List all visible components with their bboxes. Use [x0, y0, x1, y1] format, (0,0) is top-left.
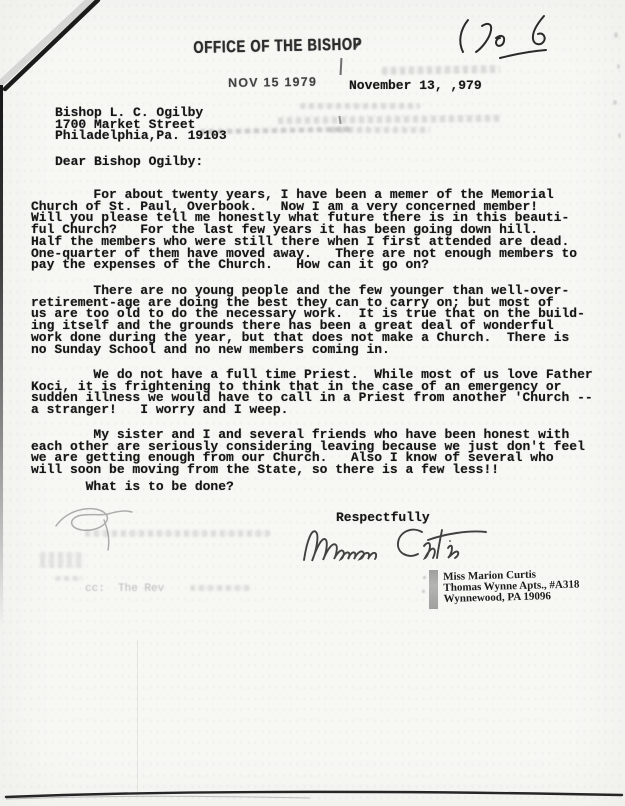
body-paragraph-3: We do not have a full time Priest. While…	[31, 369, 593, 416]
return-address-label: Miss Marion Curtis Thomas Wynne Apts., #…	[443, 568, 580, 605]
scan-speck	[614, 32, 618, 38]
fold-crease	[137, 640, 138, 796]
pencil-scribble	[48, 498, 138, 558]
address-label-bar	[429, 570, 438, 609]
bleed-through-smudge	[382, 65, 500, 75]
salutation: Dear Bishop Ogilby:	[55, 156, 203, 168]
received-date-stamp: NOV 15 1979	[228, 75, 317, 90]
scan-speck	[422, 590, 425, 593]
page-bottom-edge	[0, 788, 625, 802]
pen-tick-mark	[340, 58, 342, 75]
bleed-through-smudge	[278, 115, 500, 124]
bleed-through-smudge	[85, 530, 270, 537]
body-paragraph-4: My sister and I and several friends who …	[31, 429, 585, 476]
scanned-letter-page: OFFICE OF THE BISHOP NOV 15 1979 Novembe…	[0, 0, 625, 806]
typed-date: November 13, ,979	[349, 80, 482, 92]
body-paragraph-5: What is to be done?	[31, 481, 234, 493]
signature-marion-curtis	[300, 516, 505, 568]
body-paragraph-2: There are no young people and the few yo…	[31, 285, 585, 355]
office-of-bishop-stamp: OFFICE OF THE BISHOP	[193, 34, 362, 56]
bleed-through-smudge	[300, 103, 420, 109]
ghost-cc-note: cc: The Rev	[85, 583, 164, 595]
scan-speck	[613, 100, 617, 105]
scan-speck	[618, 133, 621, 138]
bleed-through-smudge	[190, 585, 252, 591]
page-corner-fold	[0, 0, 120, 110]
bleed-through-smudge	[55, 576, 83, 581]
bleed-through-smudge	[40, 552, 85, 568]
page-left-edge	[0, 85, 3, 655]
handwritten-note	[448, 10, 568, 65]
recipient-address: Bishop L. C. Ogilby 1700 Market Street P…	[55, 107, 227, 142]
scan-speck	[617, 64, 620, 69]
scan-speck	[423, 576, 426, 579]
body-paragraph-1: For about twenty years, I have been a me…	[31, 189, 577, 271]
